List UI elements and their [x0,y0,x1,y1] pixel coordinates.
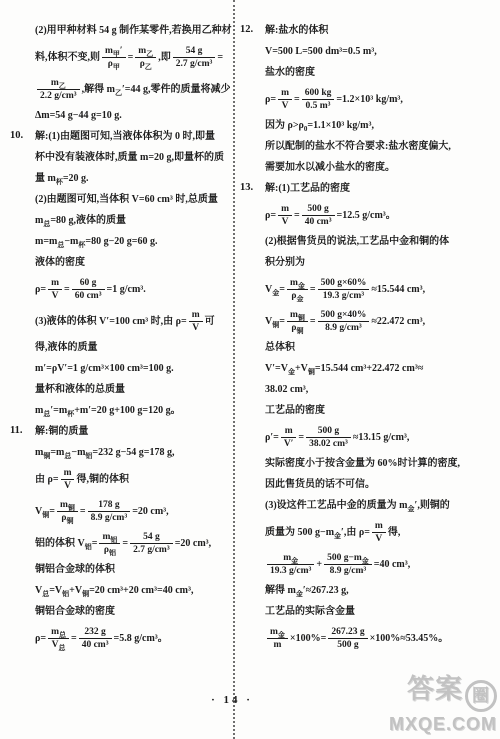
text-line: 实际密度小于按含金量为 60%时计算的密度, [265,453,496,474]
fraction: 267.23 g500 g [328,626,367,651]
subscript: 总 [58,643,65,651]
subscript: 总 [43,220,50,228]
text-line: V′=V金+V铜=15.544 cm³+22.472 cm³≈ [265,358,496,379]
text-line: V总=V铝+V铜=20 cm³+20 cm³=40 cm³, [35,580,234,601]
fraction: m金m [267,626,288,651]
text-line: 得,液体的质量 [35,337,234,358]
text-line: (2)由题图可知,当体积 V=60 cm³ 时,总质量 [35,189,234,210]
subscript: 金 [362,556,369,564]
problem-body: 解:铜的质量m铜=m总−m铝=232 g−54 g=178 g,由 ρ=mV得,… [35,421,234,654]
fraction: 500 g38.02 cm³ [306,425,351,450]
fraction: m乙2.2 g/cm³ [37,77,80,102]
text-line: m金19.3 g/cm³+500 g−m金8.9 g/cm³=40 cm³, [265,548,496,580]
fraction: 500 g×60%19.3 g/cm³ [318,277,370,302]
fraction: m金19.3 g/cm³ [267,552,314,577]
text-line: V=500 L=500 dm³=0.5 m³, [265,41,496,62]
problem-block: (2)用甲种材料 54 g 制作某零件,若换用乙种材料,体积不变,则m甲′ρ甲=… [10,20,234,126]
subscript: 乙 [115,88,122,96]
subscript: 铝 [110,535,117,543]
fraction: mV [189,309,203,334]
text-line: 铝的体积 V铝=m铝ρ铝=54 g2.7 g/cm³=20 cm³, [35,527,234,559]
text-line: Δm=54 g−44 g=10 g. [35,105,234,126]
fraction: mV [372,520,386,545]
fraction: mV [278,203,292,228]
subscript: 金 [296,294,303,302]
subscript: 铜 [298,313,305,321]
text-line: m铜=m总−m铝=232 g−54 g=178 g, [35,442,234,463]
watermark: 答案圈 MXQE.COM [389,676,497,733]
fraction: m铝ρ铝 [99,531,120,556]
fraction: m铜ρ铜 [287,309,308,334]
subscript: 杯 [78,241,85,249]
subscript: 杯 [67,410,74,418]
text-line: m总′=m杯+m′=20 g+100 g=120 g。 [35,400,234,421]
subscript: 铜 [42,510,49,518]
problem-body: 解:盐水的体积V=500 L=500 dm³=0.5 m³,盐水的密度ρ=mV=… [265,20,496,178]
text-line: 工艺品的实际含金量 [265,601,496,622]
fraction: m甲′ρ甲 [102,45,126,70]
fraction: m铜ρ铜 [57,499,78,524]
watermark-logo: 答案圈 [389,676,497,712]
fraction: mV [61,467,75,492]
text-line: m金m×100%=267.23 g500 g×100%≈53.45%。 [265,622,496,654]
text-line: ρ=mV=600 kg0.5 m³=1.2×10³ kg/m³, [265,83,496,115]
subscript: 金 [298,281,305,289]
subscript: 铜 [82,590,89,598]
text-line: 需要加水以减小盐水的密度。 [265,157,496,178]
textbook-answer-page: (2)用甲种材料 54 g 制作某零件,若换用乙种材料,体积不变,则m甲′ρ甲=… [0,0,500,739]
fraction: 54 g2.7 g/cm³ [173,45,216,70]
watermark-url: MXQE.COM [389,715,497,733]
problem-number: 12. [240,24,253,35]
text-line: m′=ρV′=1 g/cm³×100 cm³=100 g. [35,358,234,379]
subscript: 铜 [43,452,50,460]
problem-number: 13. [240,182,253,193]
text-line: 盐水的密度 [265,62,496,83]
subscript: 铝 [85,542,92,550]
text-line: 积分别为 [265,252,496,273]
text-line: m乙2.2 g/cm³,解得 m乙′=44 g,零件的质量将减少 [35,73,234,105]
text-line: m=m总−m杯=80 g−20 g=60 g. [35,231,234,252]
text-line: 量 m杯=20 g. [35,168,234,189]
text-line: 因为 ρ>ρ0=1.1×10³ kg/m³, [265,115,496,136]
subscript: 铝 [62,590,69,598]
text-line: 液体的密度 [35,252,234,273]
subscript: 金 [288,368,295,376]
fraction: m乙ρ乙 [135,45,156,70]
subscript: 金 [408,505,415,513]
text-line: (2)用甲种材料 54 g 制作某零件,若换用乙种材 [35,20,234,41]
fraction: mV [278,87,292,112]
text-line: V金=m金ρ金=500 g×60%19.3 g/cm³≈15.544 cm³, [265,273,496,305]
text-line: 由 ρ=mV得,铜的体积 [35,463,234,495]
subscript: 金 [278,630,285,638]
subscript: 乙 [146,49,153,57]
subscript: 乙 [59,81,66,89]
left-column: (2)用甲种材料 54 g 制作某零件,若换用乙种材料,体积不变,则m甲′ρ甲=… [10,20,234,654]
text-line: 杯中没有装液体时,质量 m=20 g,即量杯的质 [35,147,234,168]
text-line: 工艺品的密度 [265,400,496,421]
subscript: 铜 [308,368,315,376]
text-line: ρ=m总V总=232 g40 cm³=5.8 g/cm³。 [35,622,234,654]
fraction: m金ρ金 [287,277,308,302]
subscript: 总 [59,630,66,638]
subscript: 杯 [56,178,63,186]
text-line: 量杯和液体的总质量 [35,379,234,400]
problem-body: 解:(1)由题图可知,当液体体积为 0 时,即量杯中没有装液体时,质量 m=20… [35,126,234,421]
text-line: 因此售货员的话不可信。 [265,474,496,495]
fraction: 600 kg0.5 m³ [302,87,335,112]
text-line: V铜=m铜ρ铜=500 g×40%8.9 g/cm³≈22.472 cm³, [265,305,496,337]
fraction: 60 g60 cm³ [72,277,105,302]
subscript: 铜 [66,516,73,524]
fraction: 500 g−m金8.9 g/cm³ [324,552,372,577]
text-line: 38.02 cm³, [265,379,496,400]
text-line: ρ=mV=60 g60 cm³=1 g/cm³. [35,273,234,305]
text-line: ρ=mV=500 g40 cm³=12.5 g/cm³。 [265,199,496,231]
problem-block: 12.解:盐水的体积V=500 L=500 dm³=0.5 m³,盐水的密度ρ=… [240,20,496,178]
text-line: 所以配制的盐水不符合要求:盐水密度偏大, [265,136,496,157]
subscript: 铝 [109,548,116,556]
problem-block: 11.解:铜的质量m铜=m总−m铝=232 g−54 g=178 g,由 ρ=m… [10,421,234,654]
fraction: 232 g40 cm³ [79,626,112,651]
text-line: 解:盐水的体积 [265,20,496,41]
text-line: V铜=m铜ρ铜=178 g8.9 g/cm³=20 cm³, [35,495,234,527]
text-line: 总体积 [265,337,496,358]
subscript: 铜 [272,320,279,328]
text-line: 解:铜的质量 [35,421,234,442]
subscript: 铜 [68,503,75,511]
fraction: 178 g8.9 g/cm³ [88,499,131,524]
problem-number: 11. [10,425,23,436]
subscript: 0 [304,125,308,133]
problem-block: 13.解:(1)工艺品的密度ρ=mV=500 g40 cm³=12.5 g/cm… [240,178,496,654]
subscript: 总 [64,452,71,460]
fraction: mV′ [281,425,297,450]
text-line: m总=80 g,液体的质量 [35,210,234,231]
subscript: 甲 [113,62,120,70]
text-line: 料,体积不变,则m甲′ρ甲=m乙ρ乙,即54 g2.7 g/cm³= [35,41,234,73]
text-line: ρ′=mV′=500 g38.02 cm³≈13.15 g/cm³, [265,421,496,453]
subscript: 铜 [296,326,303,334]
fraction: m总V总 [48,626,69,651]
subscript: 总 [43,410,50,418]
right-column: 12.解:盐水的体积V=500 L=500 dm³=0.5 m³,盐水的密度ρ=… [240,20,496,654]
subscript: 乙 [145,62,152,70]
text-line: (3)液体的体积 V′=100 cm³ 时,由 ρ=mV可 [35,305,234,337]
text-line: 解:(1)由题图可知,当液体体积为 0 时,即量 [35,126,234,147]
fraction: 500 g×40%8.9 g/cm³ [318,309,370,334]
problem-block: 10.解:(1)由题图可知,当液体体积为 0 时,即量杯中没有装液体时,质量 m… [10,126,234,421]
subscript: 金 [296,590,303,598]
subscript: 甲 [113,49,120,57]
watermark-circled-char: 圈 [465,680,497,712]
problem-body: 解:(1)工艺品的密度ρ=mV=500 g40 cm³=12.5 g/cm³。(… [265,178,496,654]
text-line: 解:(1)工艺品的密度 [265,178,496,199]
subscript: 铝 [85,452,92,460]
subscript: 金 [334,531,341,539]
problem-body: (2)用甲种材料 54 g 制作某零件,若换用乙种材料,体积不变,则m甲′ρ甲=… [35,20,234,126]
subscript: 金 [291,556,298,564]
text-line: (2)根据售货员的说法,工艺品中金和铜的体 [265,231,496,252]
watermark-logo-text: 答案 [407,674,463,704]
subscript: 总 [57,241,64,249]
text-line: (3)设这件工艺品中金的质量为 m金′,则铜的 [265,495,496,516]
text-line: 质量为 500 g−m金′,由 ρ=mV得, [265,516,496,548]
subscript: 金 [272,288,279,296]
text-line: 解得 m金′≈267.23 g, [265,580,496,601]
problem-number: 10. [10,130,23,141]
subscript: 总 [42,590,49,598]
text-line: 铜铝合金球的密度 [35,601,234,622]
page-number: · 14 · [202,694,262,706]
fraction: 54 g2.7 g/cm³ [130,531,173,556]
fraction: 500 g40 cm³ [302,203,335,228]
fraction: mV [48,277,62,302]
text-line: 铜铝合金球的体积 [35,559,234,580]
